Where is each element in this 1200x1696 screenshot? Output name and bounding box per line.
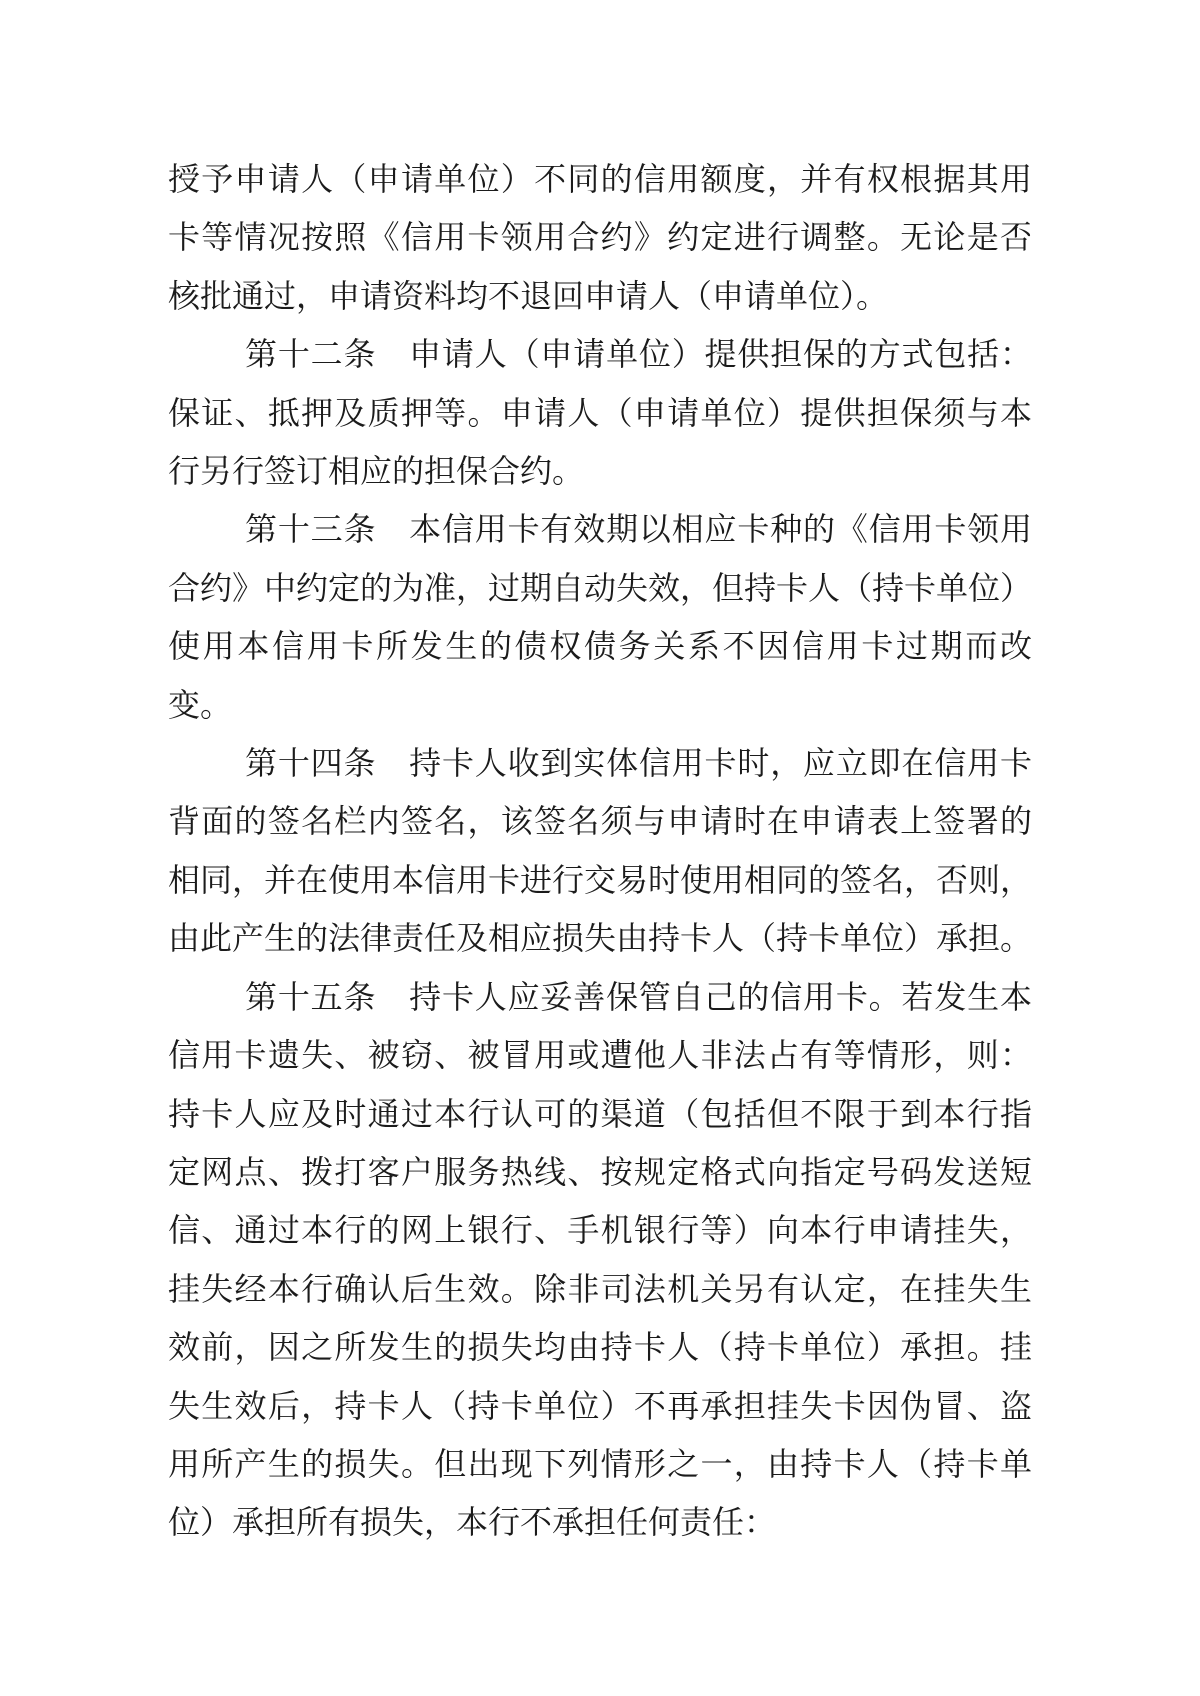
- text-line: 行另行签订相应的担保合约。: [168, 442, 1032, 500]
- text-line: 失生效后，持卡人（持卡单位）不再承担挂失卡因伪冒、盗: [168, 1377, 1032, 1435]
- text-line: 挂失经本行确认后生效。除非司法机关另有认定，在挂失生: [168, 1260, 1032, 1318]
- text-line: 定网点、拨打客户服务热线、按规定格式向指定号码发送短: [168, 1143, 1032, 1201]
- text-line: 授予申请人（申请单位）不同的信用额度，并有权根据其用: [168, 150, 1032, 208]
- text-line: 合约》中约定的为准，过期自动失效，但持卡人（持卡单位）: [168, 559, 1032, 617]
- text-line: 卡等情况按照《信用卡领用合约》约定进行调整。无论是否: [168, 208, 1032, 266]
- text-line: 背面的签名栏内签名，该签名须与申请时在申请表上签署的: [168, 792, 1032, 850]
- text-line: 持卡人应及时通过本行认可的渠道（包括但不限于到本行指: [168, 1085, 1032, 1143]
- text-line-article-12: 第十二条 申请人（申请单位）提供担保的方式包括：: [168, 325, 1032, 383]
- text-line: 核批通过，申请资料均不退回申请人（申请单位）。: [168, 267, 1032, 325]
- text-line-article-15: 第十五条 持卡人应妥善保管自己的信用卡。若发生本: [168, 968, 1032, 1026]
- text-line: 使用本信用卡所发生的债权债务关系不因信用卡过期而改: [168, 617, 1032, 675]
- document-page: 授予申请人（申请单位）不同的信用额度，并有权根据其用 卡等情况按照《信用卡领用合…: [0, 0, 1200, 1696]
- text-line: 用所产生的损失。但出现下列情形之一，由持卡人（持卡单: [168, 1435, 1032, 1493]
- document-text: 授予申请人（申请单位）不同的信用额度，并有权根据其用 卡等情况按照《信用卡领用合…: [168, 150, 1032, 1552]
- text-line: 相同，并在使用本信用卡进行交易时使用相同的签名，否则，: [168, 851, 1032, 909]
- text-line: 信、通过本行的网上银行、手机银行等）向本行申请挂失，: [168, 1201, 1032, 1259]
- text-line: 位）承担所有损失，本行不承担任何责任：: [168, 1493, 1032, 1551]
- text-line: 保证、抵押及质押等。申请人（申请单位）提供担保须与本: [168, 384, 1032, 442]
- text-line: 效前，因之所发生的损失均由持卡人（持卡单位）承担。挂: [168, 1318, 1032, 1376]
- text-line: 变。: [168, 676, 1032, 734]
- text-line: 由此产生的法律责任及相应损失由持卡人（持卡单位）承担。: [168, 909, 1032, 967]
- text-line-article-13: 第十三条 本信用卡有效期以相应卡种的《信用卡领用: [168, 500, 1032, 558]
- text-line-article-14: 第十四条 持卡人收到实体信用卡时，应立即在信用卡: [168, 734, 1032, 792]
- text-line: 信用卡遗失、被窃、被冒用或遭他人非法占有等情形，则：: [168, 1026, 1032, 1084]
